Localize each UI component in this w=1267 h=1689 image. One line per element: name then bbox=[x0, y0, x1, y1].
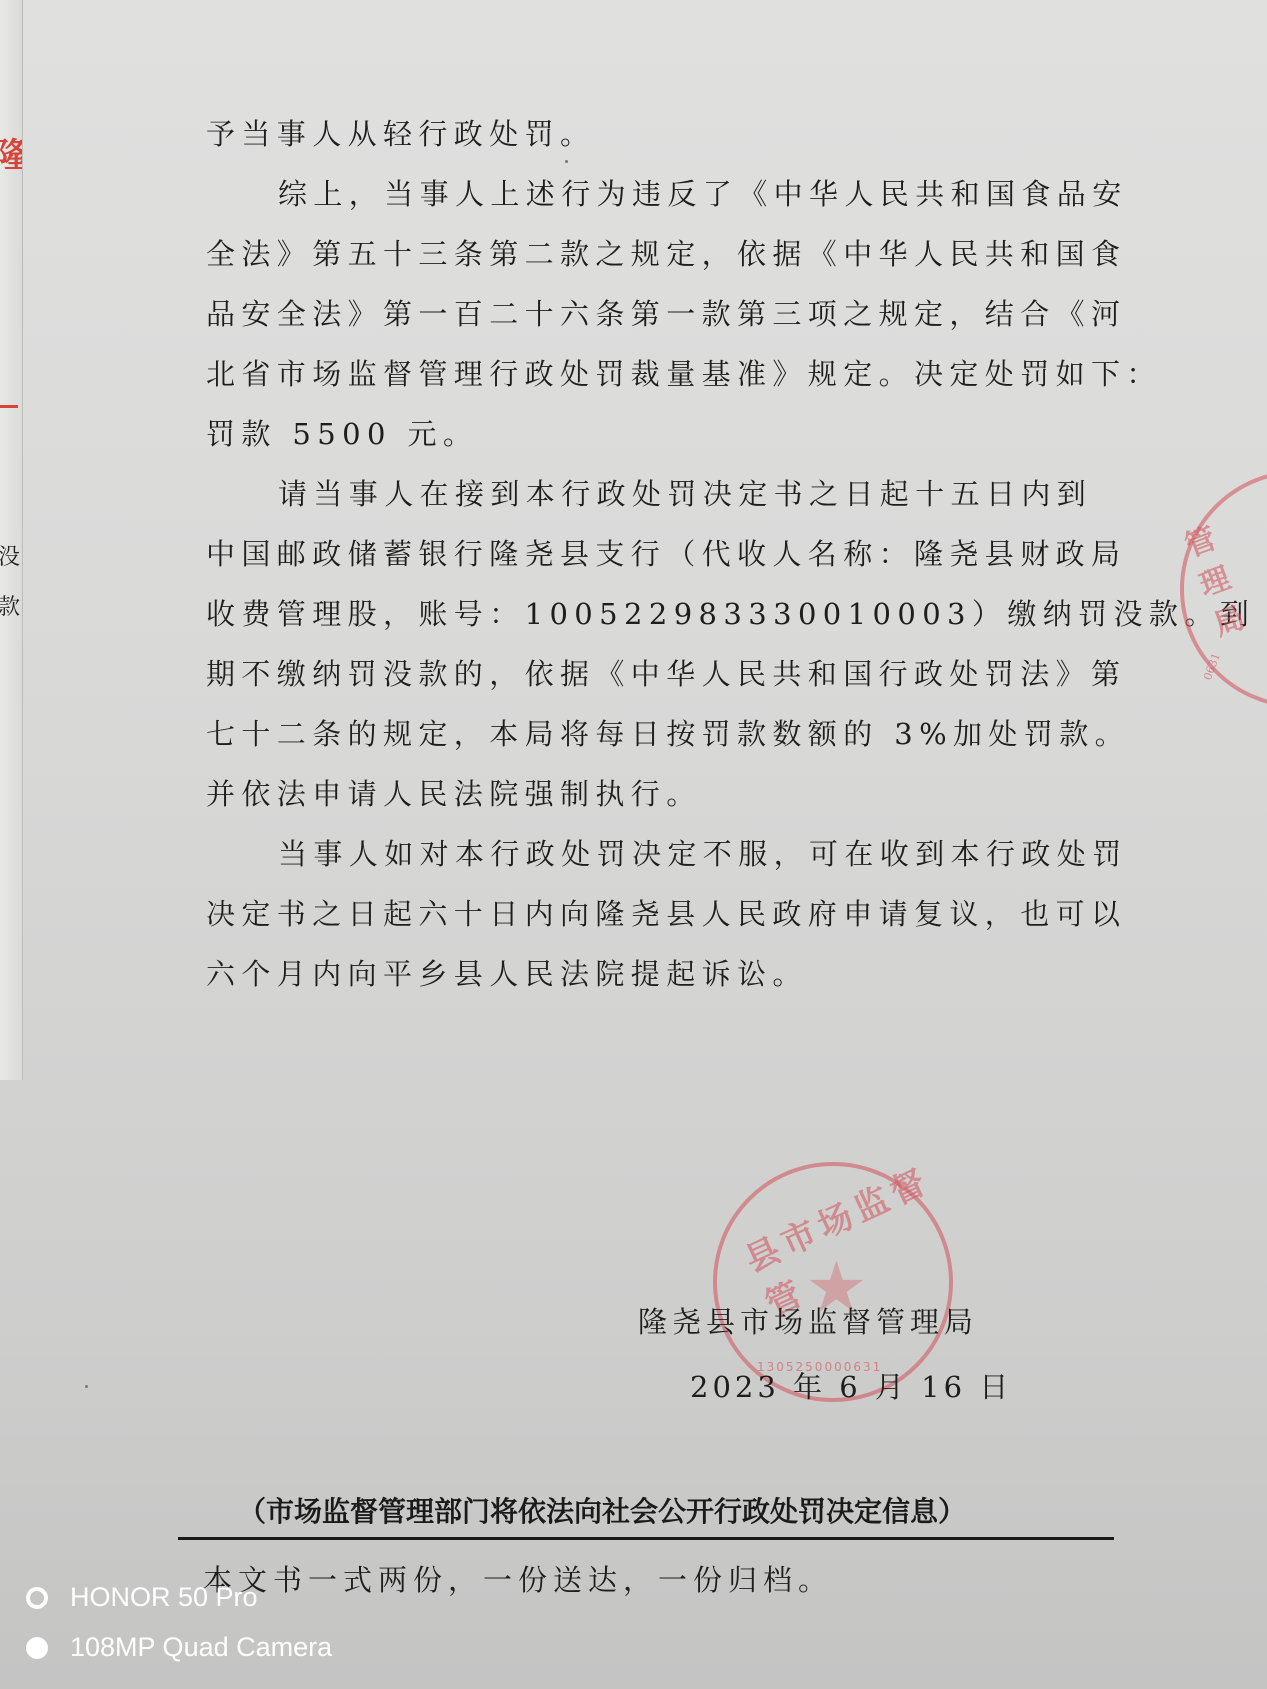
underlying-glyph: 款 bbox=[0, 590, 20, 621]
paper-speck bbox=[85, 1385, 88, 1388]
paragraph-decision-line: 品安全法》第一百二十六条第一款第三项之规定，结合《河 bbox=[206, 292, 1126, 333]
underlying-page-edge: 隆 没 款 bbox=[0, 0, 23, 1080]
ring-dot-icon bbox=[26, 1587, 48, 1609]
paragraph-decision-line: 综上，当事人上述行为违反了《中华人民共和国食品安 bbox=[278, 172, 1128, 213]
camera-watermark-model: HONOR 50 Pro bbox=[26, 1582, 258, 1613]
paragraph-decision-line: 全法》第五十三条第二款之规定，依据《中华人民共和国食 bbox=[206, 232, 1126, 273]
paragraph-payment-line: 中国邮政储蓄银行隆尧县支行（代收人名称：隆尧县财政局 bbox=[206, 532, 1126, 573]
paragraph-mitigation-line: 予当事人从轻行政处罚。 bbox=[206, 112, 595, 153]
paragraph-payment-line: 并依法申请人民法院强制执行。 bbox=[206, 772, 702, 813]
paper-speck bbox=[565, 160, 568, 163]
paragraph-payment-line: 期不缴纳罚没款的，依据《中华人民共和国行政处罚法》第 bbox=[206, 652, 1126, 693]
camera-model-text: HONOR 50 Pro bbox=[70, 1582, 258, 1613]
issue-date: 2023 年 6 月 16 日 bbox=[690, 1365, 1012, 1406]
camera-watermark-camera: 108MP Quad Camera bbox=[26, 1632, 332, 1663]
paragraph-decision-line: 北省市场监督管理行政处罚裁量基准》规定。决定处罚如下： bbox=[206, 352, 1162, 393]
paper-speck bbox=[1078, 860, 1081, 863]
public-disclosure-notice: （市场监督管理部门将依法向社会公开行政处罚决定信息） bbox=[238, 1490, 966, 1530]
underlying-red-heading-glyph: 隆 bbox=[0, 128, 23, 177]
paragraph-appeal-line: 当事人如对本行政处罚决定不服，可在收到本行政处罚 bbox=[278, 832, 1128, 873]
solid-dot-icon bbox=[26, 1637, 48, 1659]
paragraph-payment-line: 请当事人在接到本行政处罚决定书之日起十五日内到 bbox=[278, 472, 1092, 513]
underlying-glyph: 没 bbox=[0, 540, 20, 571]
late-penalty-line: 七十二条的规定，本局将每日按罚款数额的 3%加处罚款。 bbox=[206, 712, 1130, 753]
footer-divider bbox=[178, 1537, 1114, 1540]
paragraph-appeal-line: 决定书之日起六十日内向隆尧县人民政府申请复议，也可以 bbox=[206, 892, 1126, 933]
underlying-red-rule bbox=[0, 405, 18, 408]
fine-amount-line: 罚款 5500 元。 bbox=[206, 412, 478, 453]
account-number-line: 收费管理股，账号：100522983330010003）缴纳罚没款。到 bbox=[206, 592, 1255, 633]
paragraph-appeal-line: 六个月内向平乡县人民法院提起诉讼。 bbox=[206, 952, 808, 993]
copies-note: 本文书一式两份，一份送达，一份归档。 bbox=[203, 1558, 833, 1599]
issuer-name: 隆尧县市场监督管理局 bbox=[638, 1300, 978, 1341]
camera-spec-text: 108MP Quad Camera bbox=[70, 1632, 332, 1663]
